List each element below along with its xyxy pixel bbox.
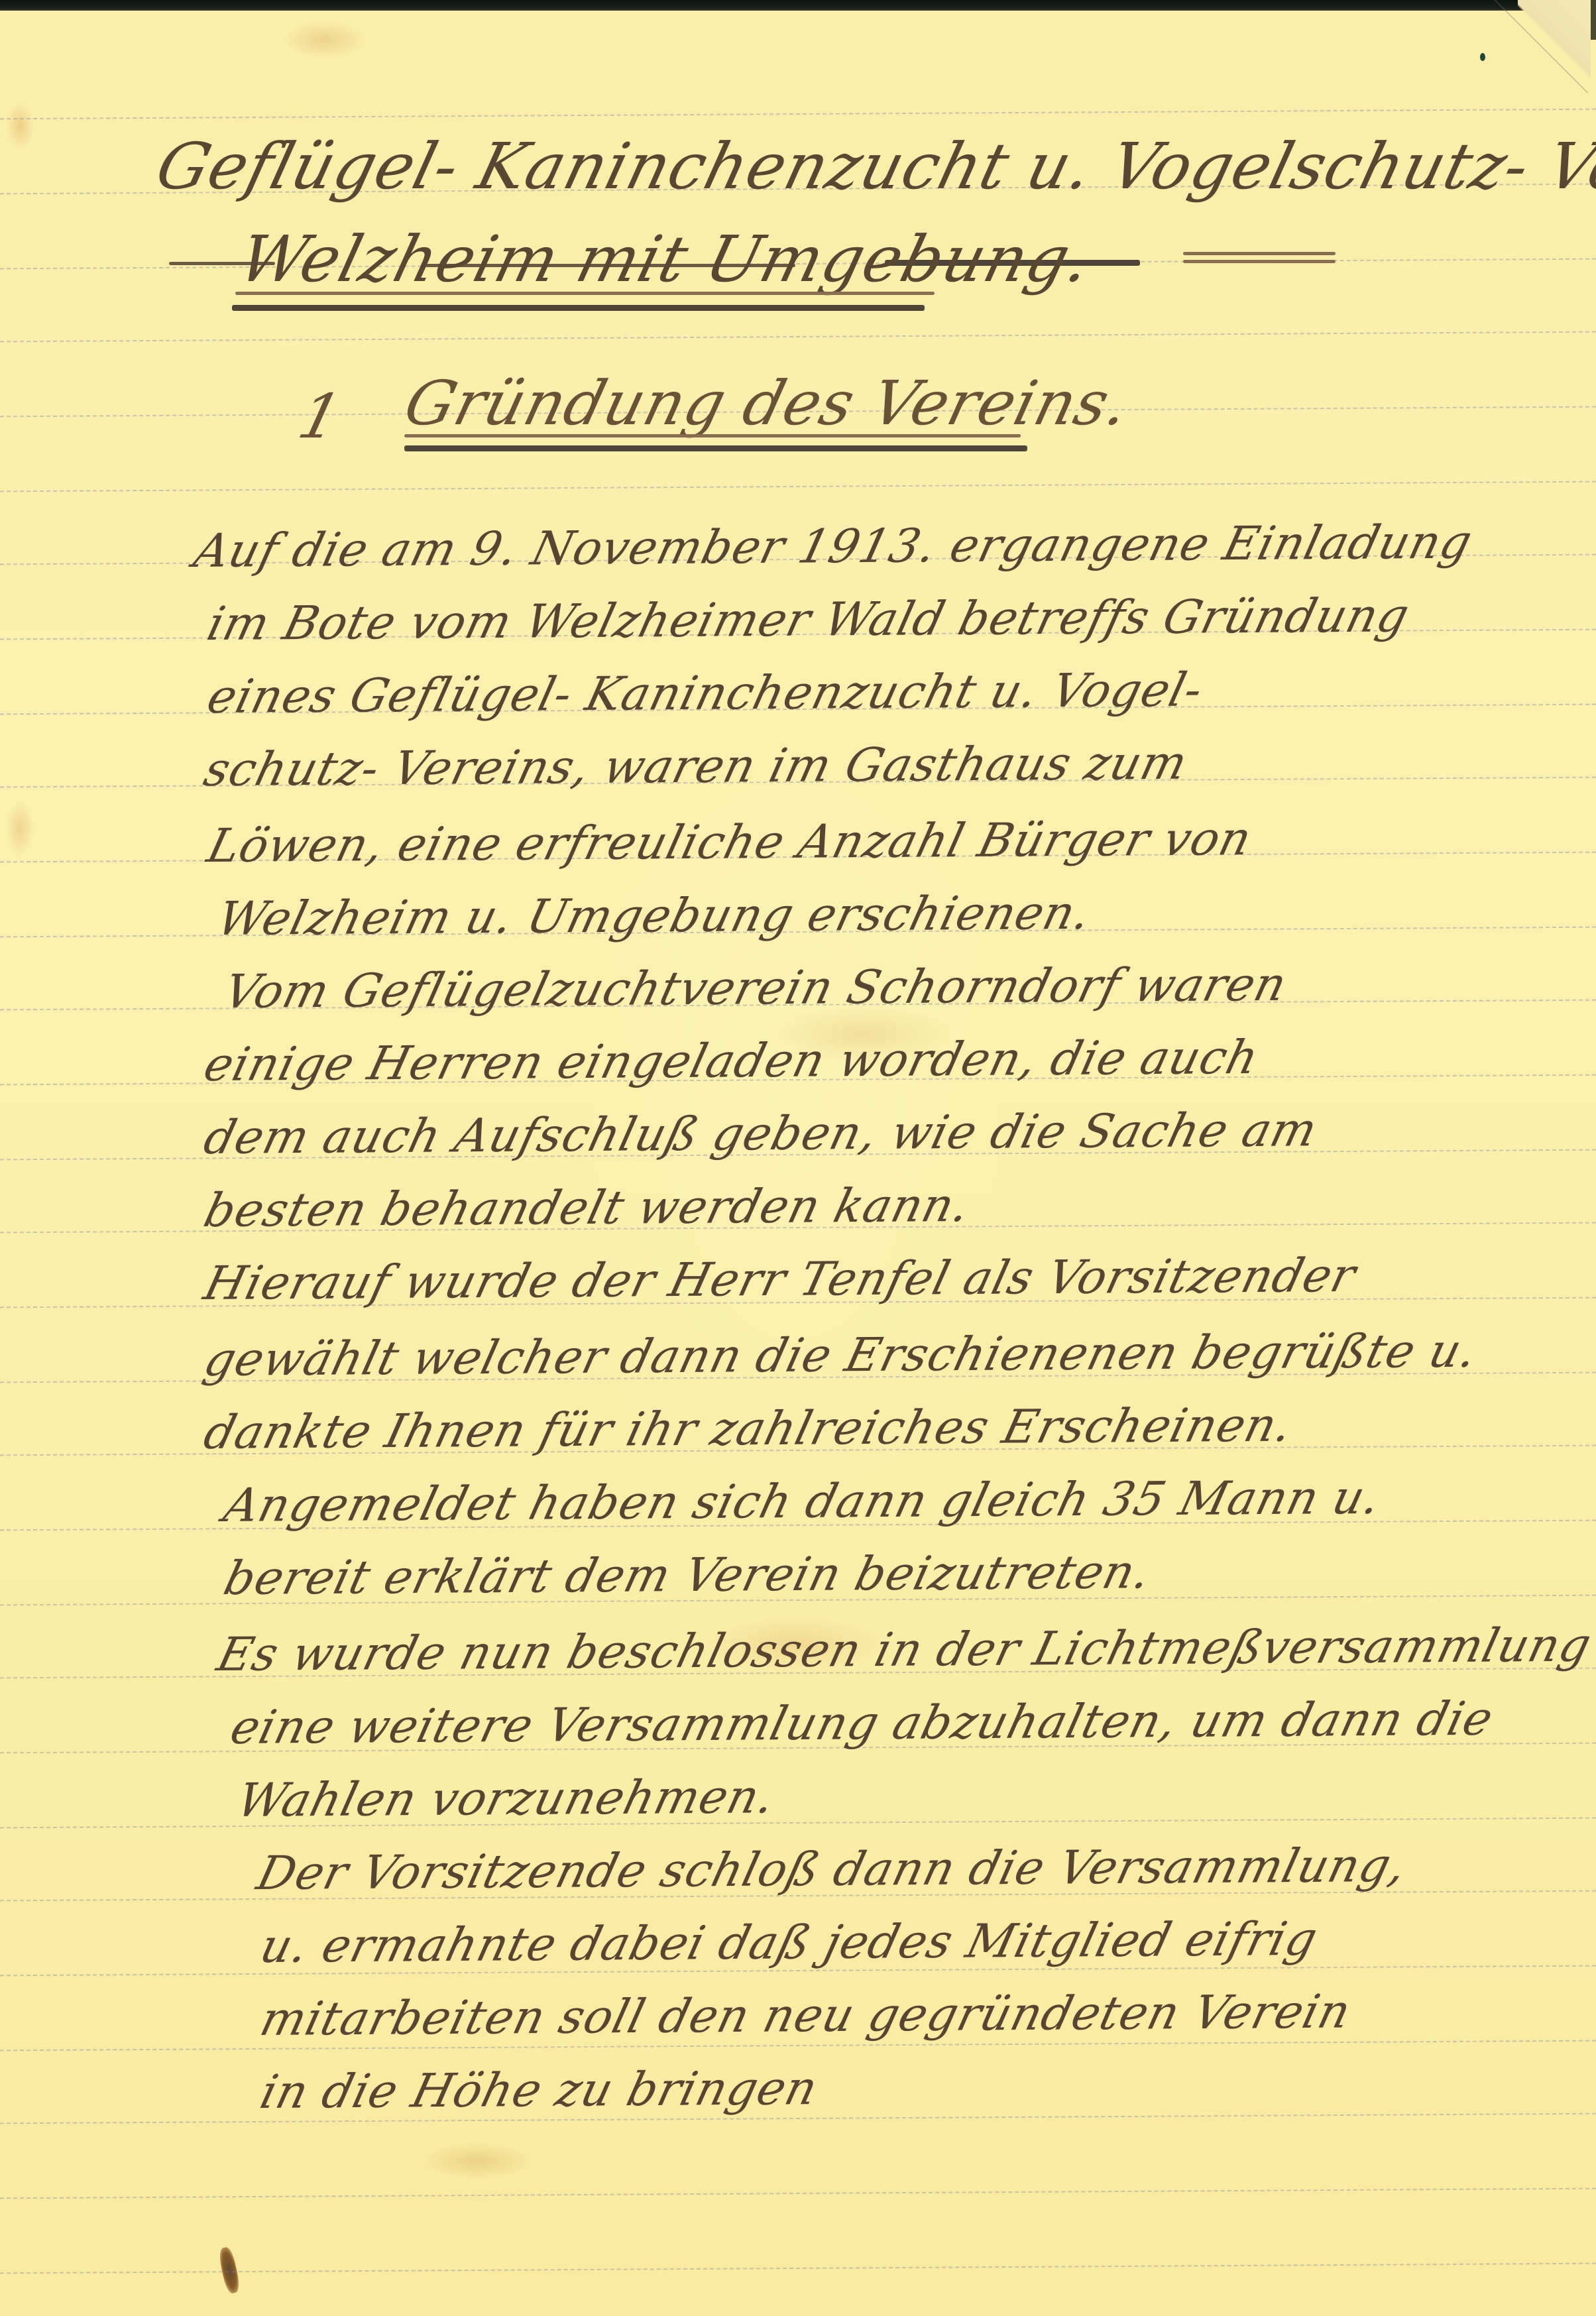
body-line: eine weitere Versammlung abzuhalten, um … — [225, 1692, 1499, 1755]
scan-top-edge — [0, 0, 1596, 11]
title-line-2: Welzheim mit Umgebung. — [232, 222, 1099, 296]
body-line: besten behandelt werden kann. — [199, 1178, 976, 1238]
title-underline-2a — [235, 292, 935, 295]
body-line: Löwen, eine erfreuliche Anzahl Bürger vo… — [202, 811, 1257, 873]
body-line: im Bote vom Welzheimer Wald betreffs Grü… — [202, 588, 1415, 651]
section-heading: Gründung des Vereins. — [398, 368, 1137, 439]
body-line: eines Geflügel- Kaninchenzucht u. Vogel- — [202, 663, 1208, 724]
body-line: einige Herren eingeladen worden, die auc… — [199, 1030, 1265, 1092]
body-line: in die Höhe zu bringen — [255, 2061, 823, 2119]
title-underline-2b — [232, 305, 925, 311]
ink-speck — [1480, 53, 1485, 61]
title-underline-1d — [1183, 252, 1336, 255]
body-line: Der Vorsitzende schloß dann die Versamml… — [252, 1838, 1412, 1900]
body-line: gewählt welcher dann die Erschienenen be… — [199, 1324, 1483, 1387]
body-line: Welzheim u. Umgebung erschienen. — [212, 886, 1097, 946]
body-line: Hierauf wurde der Herr Tenfel als Vorsit… — [199, 1248, 1361, 1310]
body-line: u. ermahnte dabei daß jedes Mitglied eif… — [255, 1912, 1323, 1973]
body-line: Angemeldet haben sich dann gleich 35 Man… — [219, 1470, 1387, 1533]
body-line: Es wurde nun beschlossen in der Lichtmeß… — [212, 1618, 1596, 1682]
title-line-1: Geflügel- Kaninchenzucht u. Vogelschutz-… — [149, 129, 1596, 203]
body-line: dem auch Aufschluß geben, wie die Sache … — [199, 1102, 1323, 1165]
body-line: Auf die am 9. November 1913. ergangene E… — [189, 515, 1478, 578]
body-line: dankte Ihnen für ihr zahlreiches Erschei… — [199, 1398, 1298, 1460]
heading-underline-a — [404, 434, 1021, 437]
body-line: schutz- Vereins, waren im Gasthaus zum — [199, 736, 1193, 797]
title-underline-1e — [1183, 260, 1336, 263]
body-line: Wahlen vorzunehmen. — [232, 1769, 781, 1827]
body-line: bereit erklärt dem Verein beizutreten. — [219, 1544, 1157, 1605]
heading-underline-b — [404, 445, 1027, 451]
body-line: Vom Geflügelzuchtverein Schorndorf waren — [219, 957, 1292, 1019]
fold-crease — [1491, 0, 1591, 93]
body-line: mitarbeiten soll den neu gegründeten Ver… — [255, 1985, 1357, 2046]
